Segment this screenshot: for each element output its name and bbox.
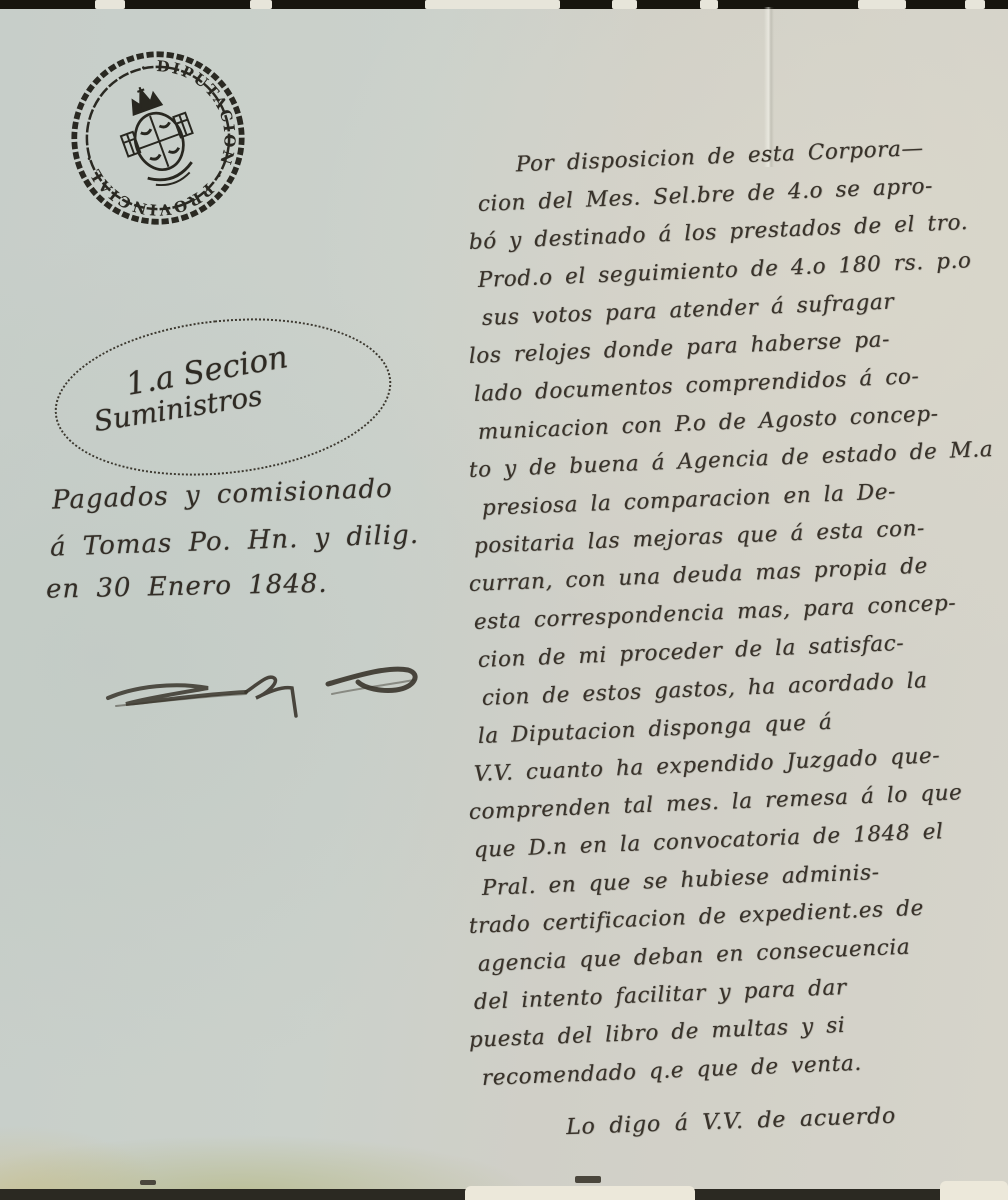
margin-note: Pagados y comisionado á Tomas Po. Hn. y … — [52, 478, 492, 600]
edge-speck — [575, 1176, 601, 1183]
margin-note-line: en 30 Enero 1848. — [46, 565, 493, 604]
seal-right-pendant — [173, 113, 192, 138]
seal-coat-of-arms — [107, 76, 206, 195]
official-seal: · DIPUTACION · PROVINCIAL · — [49, 29, 267, 247]
letter-body: Por disposicion de esta Corpora— cion de… — [474, 148, 1008, 1142]
edge-speck — [140, 1180, 156, 1185]
top-edge-light-patch — [250, 0, 272, 9]
margin-note-line: á Tomas Po. Hn. y dilig. — [50, 517, 493, 562]
top-edge-light-patch — [965, 0, 985, 9]
bottom-edge-light-patch — [940, 1181, 1008, 1200]
top-edge-light-patch — [95, 0, 125, 9]
section-oval-annotation: 1.a Secion Suministros — [47, 303, 399, 491]
rubric-flourish — [96, 640, 436, 740]
top-edge-light-patch — [612, 0, 637, 9]
manuscript-page: · DIPUTACION · PROVINCIAL · 1.a Secion S… — [0, 0, 1008, 1200]
margin-note-line: Pagados y comisionado — [52, 470, 493, 515]
seal-left-pendant — [121, 132, 140, 157]
top-edge-light-patch — [700, 0, 718, 9]
top-edge-light-patch — [425, 0, 560, 9]
top-edge-light-patch — [858, 0, 906, 9]
closing-line: Lo digo á V.V. de acuerdo — [473, 1093, 1008, 1152]
bottom-edge-light-patch — [465, 1186, 695, 1200]
